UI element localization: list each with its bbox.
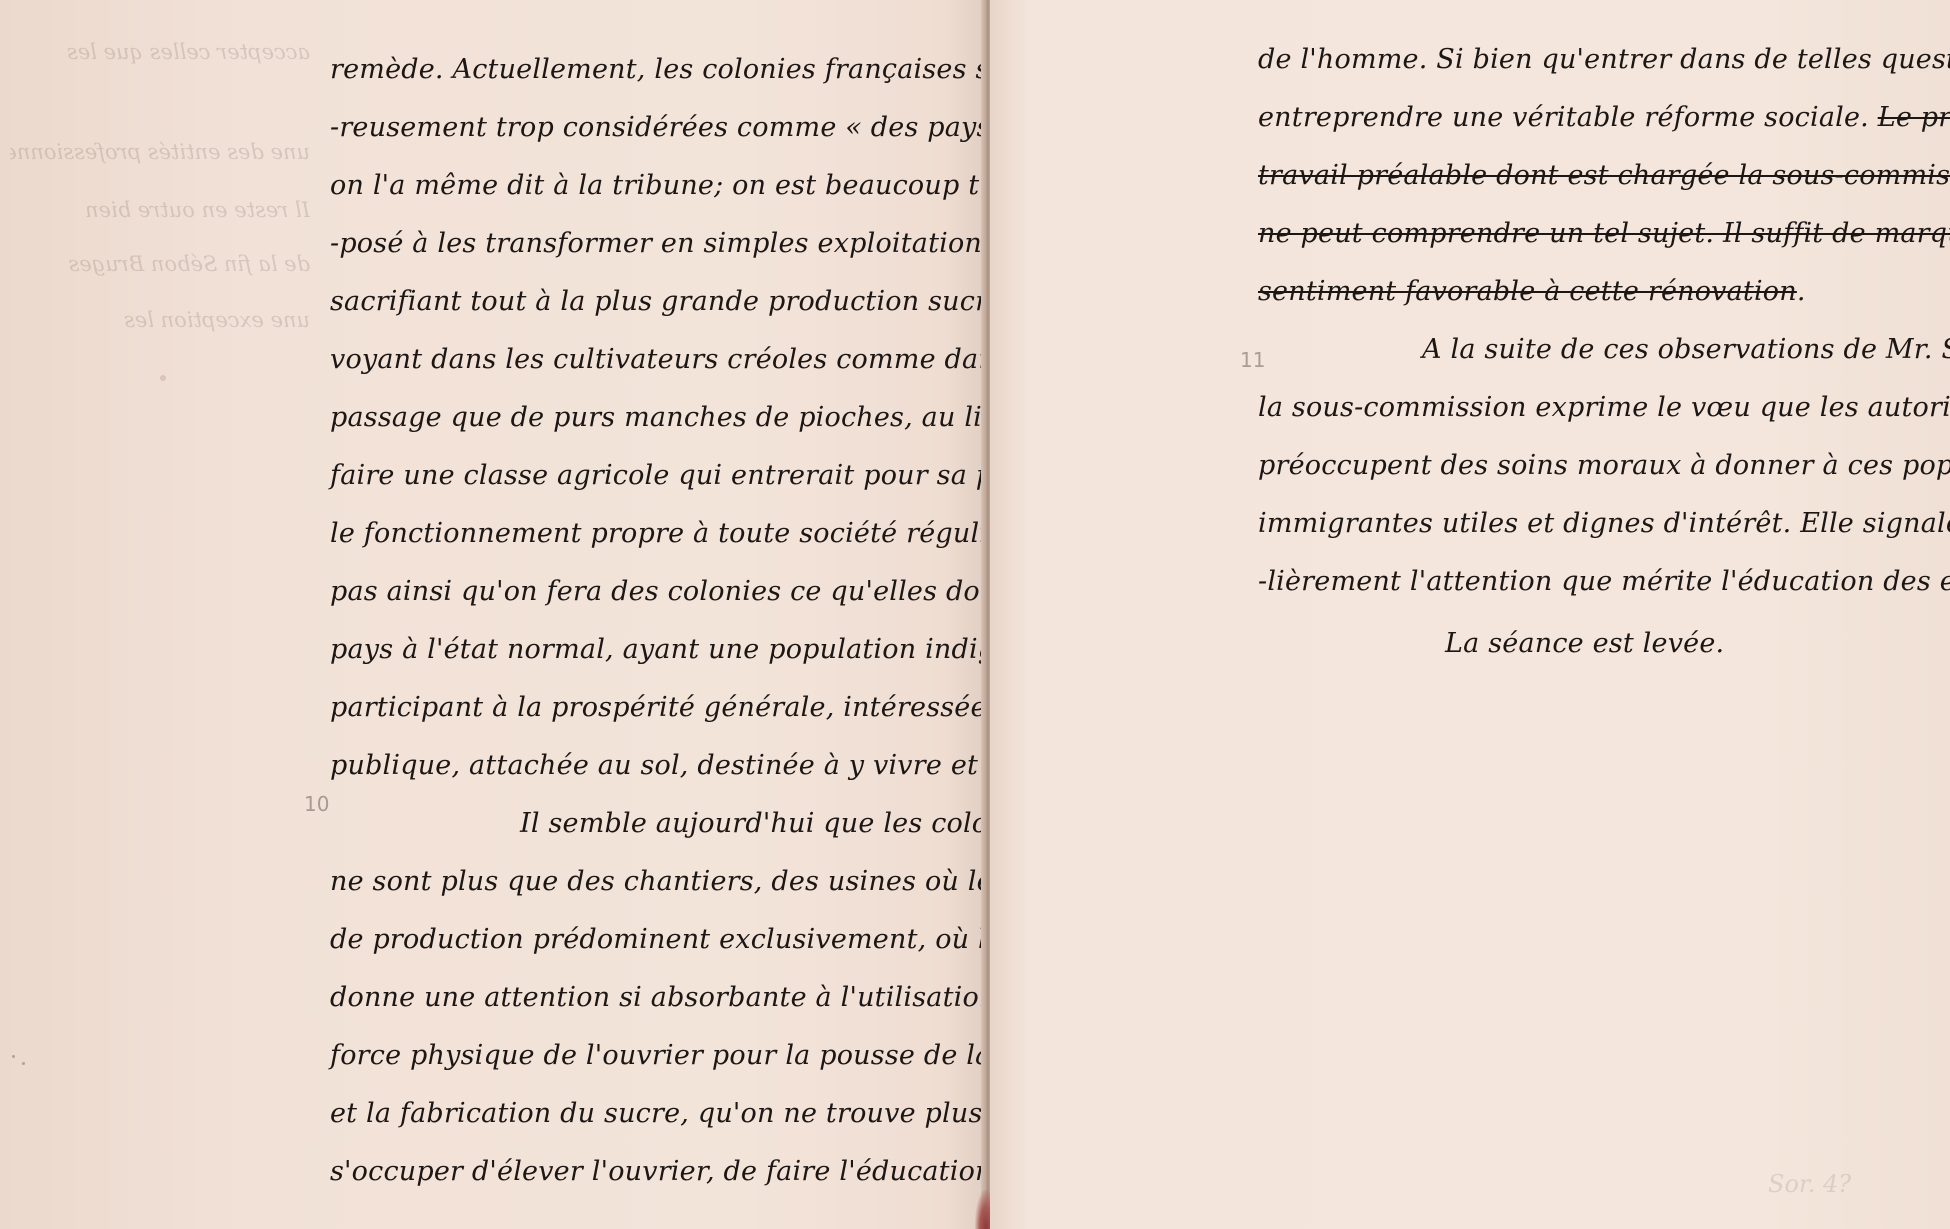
text-line: donne une attention si absorbante à l'ut… <box>330 982 1073 1013</box>
struck-line: ne peut comprendre un tel sujet. Il suff… <box>1258 218 1950 249</box>
text-line: préoccupent des soins moraux à donner à … <box>1258 450 1950 481</box>
text-line: passage que de purs manches de pioches, … <box>330 402 1083 433</box>
paper-speck <box>12 1055 15 1058</box>
bleed-through-text: une des entités professionnel <box>10 140 310 164</box>
text-line: sacrifiant tout à la plus grande product… <box>330 286 1094 317</box>
text-fragment: entreprendre une véritable réforme socia… <box>1258 102 1869 133</box>
text-line: on l'a même dit à la tribune; on est bea… <box>330 170 1085 201</box>
text-line: de production prédominent exclusivement,… <box>330 924 1029 955</box>
manuscript-spread: accepter celles que les une des entités … <box>0 0 1950 1229</box>
text-line: sentiment favorable à cette rénovation. <box>1258 276 1806 307</box>
paper-speck <box>160 375 166 381</box>
text-line: immigrantes utiles et dignes d'intérêt. … <box>1258 508 1950 539</box>
bleed-through-text: Il reste en outre bien <box>10 198 310 222</box>
pencil-page-number: 10 <box>304 792 329 816</box>
paper-speck <box>22 1062 25 1065</box>
text-line: -lièrement l'attention que mérite l'éduc… <box>1258 566 1950 597</box>
bleed-through-text: de la fin Sébon Bruges <box>10 252 310 276</box>
bleed-through-text: une exception les <box>10 308 310 332</box>
text-line: la sous-commission exprime le vœu que le… <box>1258 392 1950 423</box>
period: . <box>1797 276 1806 307</box>
closing-line: La séance est levée. <box>1445 628 1724 659</box>
bleed-through-text: accepter celles que les <box>10 40 310 64</box>
faint-archive-mark: Sor. 4? <box>1768 1170 1851 1198</box>
pencil-paragraph-number: 11 <box>1240 348 1265 372</box>
paragraph-start: A la suite de ces observations de Mr. Sc… <box>1422 334 1950 365</box>
text-line: de l'homme. Si bien qu'entrer dans de te… <box>1258 44 1950 75</box>
struck-text: sentiment favorable à cette rénovation <box>1258 276 1797 307</box>
struck-text: Le programme du <box>1878 102 1950 133</box>
paragraph-start: Il semble aujourd'hui que les colonies <box>520 808 1045 839</box>
text-line: entreprendre une véritable réforme socia… <box>1258 102 1950 133</box>
struck-line: travail préalable dont est chargée la so… <box>1258 160 1950 191</box>
text-line: force physique de l'ouvrier pour la pous… <box>330 1040 1083 1071</box>
text-line: pays à l'état normal, ayant une populati… <box>330 634 1045 665</box>
text-line: s'occuper d'élever l'ouvrier, de faire l… <box>330 1156 993 1187</box>
